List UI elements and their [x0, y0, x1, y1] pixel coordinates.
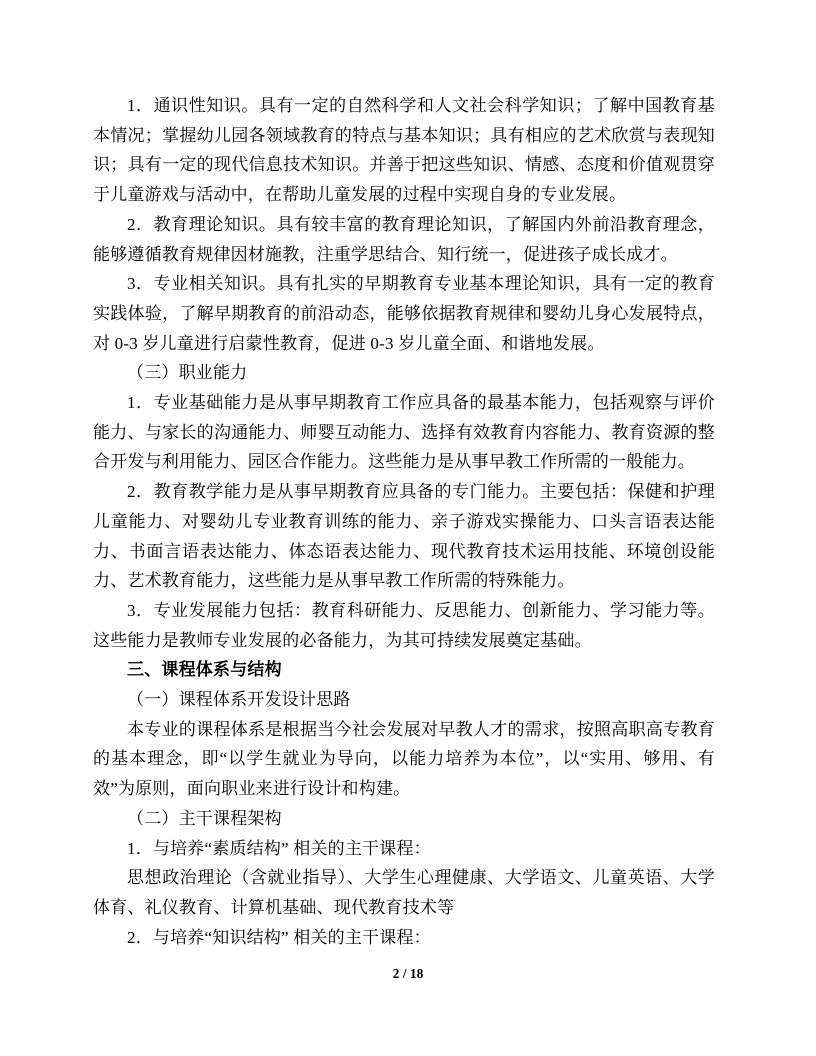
para-professional-development-ability: 3．专业发展能力包括：教育科研能力、反思能力、创新能力、学习能力等。这些能力是教…: [93, 596, 715, 655]
subsection-heading-vocational-ability: （三）职业能力: [93, 358, 715, 388]
para-professional-related-knowledge: 3．专业相关知识。具有扎实的早期教育专业基本理论知识，具有一定的教育实践体验，了…: [93, 269, 715, 358]
subsection-heading-design-approach: （一）课程体系开发设计思路: [93, 685, 715, 715]
para-education-theory-knowledge: 2．教育理论知识。具有较丰富的教育理论知识，了解国内外前沿教育理念，能够遵循教育…: [93, 210, 715, 269]
para-curriculum-design-principles: 本专业的课程体系是根据当今社会发展对早教人才的需求，按照高职高专教育的基本理念，…: [93, 715, 715, 804]
subsection-heading-main-course-structure: （二）主干课程架构: [93, 804, 715, 834]
section-heading-curriculum-system: 三、课程体系与结构: [93, 655, 715, 685]
para-professional-basic-ability: 1．专业基础能力是从事早期教育工作应具备的最基本能力，包括观察与评价能力、与家长…: [93, 388, 715, 477]
document-page: 1．通识性知识。具有一定的自然科学和人文社会科学知识；了解中国教育基本情况；掌握…: [0, 0, 816, 1056]
item-quality-structure-courses-label: 1．与培养“素质结构” 相关的主干课程：: [93, 834, 715, 864]
para-quality-structure-course-list: 思想政治理论（含就业指导）、大学生心理健康、大学语文、儿童英语、大学体育、礼仪教…: [93, 863, 715, 922]
item-knowledge-structure-courses-label: 2．与培养“知识结构” 相关的主干课程：: [93, 923, 715, 953]
para-education-teaching-ability: 2．教育教学能力是从事早期教育应具备的专门能力。主要包括：保健和护理儿童能力、对…: [93, 477, 715, 596]
page-number: 2 / 18: [0, 966, 816, 982]
para-general-knowledge: 1．通识性知识。具有一定的自然科学和人文社会科学知识；了解中国教育基本情况；掌握…: [93, 91, 715, 210]
document-body: 1．通识性知识。具有一定的自然科学和人文社会科学知识；了解中国教育基本情况；掌握…: [93, 91, 715, 952]
